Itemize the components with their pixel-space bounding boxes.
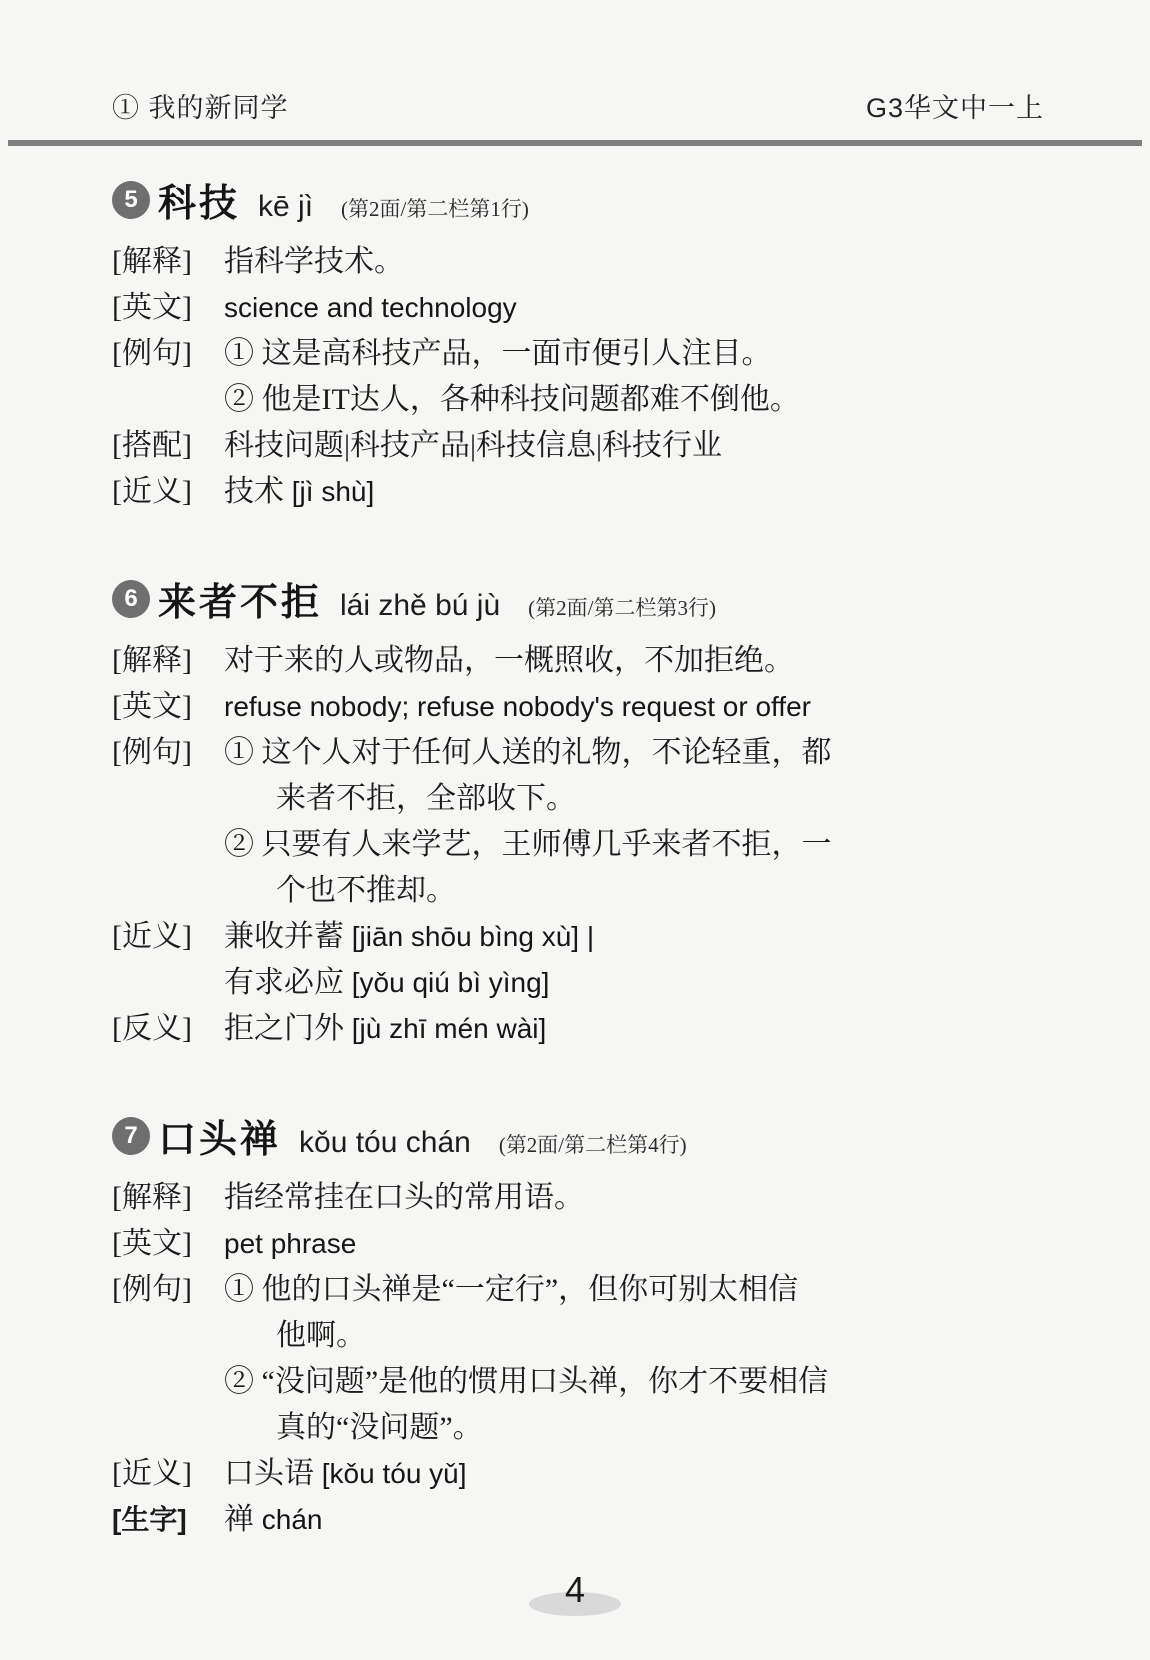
entry-row: [英文]science and technology	[112, 285, 1054, 331]
row-line: 技术 [jì shù]	[224, 469, 1054, 515]
row-line: science and technology	[224, 285, 1054, 331]
chinese-text: 拒之门外	[224, 1012, 344, 1045]
row-content: 科技问题|科技产品|科技信息|科技行业	[224, 423, 1054, 469]
chinese-text: ① 这是高科技产品，一面市便引人注目。	[224, 337, 772, 370]
entry-row: [近义]口头语 [kǒu tóu yǔ]	[112, 1451, 1054, 1497]
row-line: 有求必应 [yǒu qiú bì yìng]	[224, 960, 1054, 1006]
row-label: [近义]	[112, 914, 224, 1006]
entry-row: [例句]① 这个人对于任何人送的礼物，不论轻重，都来者不拒，全部收下。② 只要有…	[112, 730, 1054, 914]
latin-text: refuse nobody; refuse nobody's request o…	[224, 691, 811, 722]
row-content: science and technology	[224, 285, 1054, 331]
latin-text: [kǒu tóu yǔ]	[314, 1458, 467, 1489]
row-content: ① 这个人对于任何人送的礼物，不论轻重，都来者不拒，全部收下。② 只要有人来学艺…	[224, 730, 1054, 914]
row-line: pet phrase	[224, 1221, 1054, 1267]
row-line: refuse nobody; refuse nobody's request o…	[224, 684, 1054, 730]
entry-row: [搭配]科技问题|科技产品|科技信息|科技行业	[112, 423, 1054, 469]
row-label: [例句]	[112, 1267, 224, 1451]
entry-header: 6来者不拒lái zhě bú jù(第2面/第二栏第3行)	[112, 571, 1054, 626]
row-content: 指经常挂在口头的常用语。	[224, 1175, 1054, 1221]
entry-row: [生字]禅 chán	[112, 1497, 1054, 1543]
row-label: [例句]	[112, 331, 224, 423]
page-footer: 4	[0, 1572, 1150, 1616]
textbook-page: ① 我的新同学 G3华文中一上 5科技kē jì(第2面/第二栏第1行)[解释]…	[0, 0, 1150, 1660]
row-content: 禅 chán	[224, 1497, 1054, 1543]
chinese-text: 对于来的人或物品，一概照收，不加拒绝。	[224, 644, 794, 677]
row-line: ② “没问题”是他的惯用口头禅，你才不要相信	[224, 1359, 1054, 1405]
entry-word: 科技	[158, 172, 240, 227]
header-divider	[8, 140, 1142, 146]
row-label: [解释]	[112, 239, 224, 285]
row-content: 指科学技术。	[224, 239, 1054, 285]
row-line: 个也不推却。	[224, 868, 1054, 914]
chinese-text: 科技问题|科技产品|科技信息|科技行业	[224, 429, 722, 462]
row-line: 真的“没问题”。	[224, 1405, 1054, 1451]
latin-text: pet phrase	[224, 1228, 356, 1259]
latin-text: chán	[254, 1504, 323, 1535]
row-label: [英文]	[112, 285, 224, 331]
entry-header: 5科技kē jì(第2面/第二栏第1行)	[112, 172, 1054, 227]
vocab-entry: 5科技kē jì(第2面/第二栏第1行)[解释]指科学技术。[英文]scienc…	[112, 172, 1054, 515]
header-book-title: G3华文中一上	[866, 86, 1044, 125]
chinese-text: 来者不拒，全部收下。	[276, 782, 576, 815]
entry-row: [反义]拒之门外 [jù zhī mén wài]	[112, 1006, 1054, 1052]
row-line: ① 他的口头禅是“一定行”，但你可别太相信	[224, 1267, 1054, 1313]
entry-row: [近义]兼收并蓄 [jiān shōu bìng xù] |有求必应 [yǒu …	[112, 914, 1054, 1006]
vocab-entry: 7口头禅kǒu tóu chán(第2面/第二栏第4行)[解释]指经常挂在口头的…	[112, 1108, 1054, 1543]
row-line: ② 只要有人来学艺，王师傅几乎来者不拒，一	[224, 822, 1054, 868]
entry-row: [解释]对于来的人或物品，一概照收，不加拒绝。	[112, 638, 1054, 684]
page-header: ① 我的新同学 G3华文中一上	[112, 86, 1044, 125]
vocab-entries: 5科技kē jì(第2面/第二栏第1行)[解释]指科学技术。[英文]scienc…	[112, 172, 1054, 1599]
chinese-text: 个也不推却。	[276, 874, 456, 907]
entry-number-badge: 7	[112, 1117, 150, 1155]
row-line: 指经常挂在口头的常用语。	[224, 1175, 1054, 1221]
row-line: ① 这是高科技产品，一面市便引人注目。	[224, 331, 1054, 377]
row-label: [生字]	[112, 1497, 224, 1543]
row-line: ① 这个人对于任何人送的礼物，不论轻重，都	[224, 730, 1054, 776]
row-line: 来者不拒，全部收下。	[224, 776, 1054, 822]
entry-header: 7口头禅kǒu tóu chán(第2面/第二栏第4行)	[112, 1108, 1054, 1163]
vocab-entry: 6来者不拒lái zhě bú jù(第2面/第二栏第3行)[解释]对于来的人或…	[112, 571, 1054, 1052]
latin-text: [jì shù]	[284, 476, 374, 507]
entry-row: [例句]① 这是高科技产品，一面市便引人注目。② 他是IT达人，各种科技问题都难…	[112, 331, 1054, 423]
entry-source-ref: (第2面/第二栏第1行)	[341, 193, 529, 223]
row-label: [近义]	[112, 1451, 224, 1497]
chinese-text: 指经常挂在口头的常用语。	[224, 1181, 584, 1214]
latin-text: [jiān shōu bìng xù] |	[344, 921, 594, 952]
entry-pinyin: lái zhě bú jù	[340, 589, 500, 623]
row-content: 拒之门外 [jù zhī mén wài]	[224, 1006, 1054, 1052]
row-label: [解释]	[112, 638, 224, 684]
entry-row: [解释]指科学技术。	[112, 239, 1054, 285]
entry-row: [解释]指经常挂在口头的常用语。	[112, 1175, 1054, 1221]
latin-text: [jù zhī mén wài]	[344, 1013, 546, 1044]
row-line: 对于来的人或物品，一概照收，不加拒绝。	[224, 638, 1054, 684]
row-content: 兼收并蓄 [jiān shōu bìng xù] |有求必应 [yǒu qiú …	[224, 914, 1054, 1006]
row-line: ② 他是IT达人，各种科技问题都难不倒他。	[224, 377, 1054, 423]
row-line: 拒之门外 [jù zhī mén wài]	[224, 1006, 1054, 1052]
row-line: 口头语 [kǒu tóu yǔ]	[224, 1451, 1054, 1497]
chinese-text: ① 这个人对于任何人送的礼物，不论轻重，都	[224, 736, 832, 769]
latin-text: science and technology	[224, 292, 517, 323]
entry-row: [英文]pet phrase	[112, 1221, 1054, 1267]
chinese-text: 禅	[224, 1503, 254, 1536]
page-number: 4	[0, 1572, 1150, 1608]
row-content: 对于来的人或物品，一概照收，不加拒绝。	[224, 638, 1054, 684]
row-line: 兼收并蓄 [jiān shōu bìng xù] |	[224, 914, 1054, 960]
entry-word: 口头禅	[158, 1108, 281, 1163]
row-content: refuse nobody; refuse nobody's request o…	[224, 684, 1054, 730]
entry-source-ref: (第2面/第二栏第3行)	[528, 592, 716, 622]
chinese-text: 真的“没问题”。	[276, 1411, 483, 1444]
entry-row: [例句]① 他的口头禅是“一定行”，但你可别太相信他啊。② “没问题”是他的惯用…	[112, 1267, 1054, 1451]
entry-number-badge: 6	[112, 580, 150, 618]
chinese-text: 指科学技术。	[224, 245, 404, 278]
row-label: [英文]	[112, 1221, 224, 1267]
row-label: [反义]	[112, 1006, 224, 1052]
entry-word: 来者不拒	[158, 571, 322, 626]
entry-pinyin: kǒu tóu chán	[299, 1126, 471, 1160]
chinese-text: ② “没问题”是他的惯用口头禅，你才不要相信	[224, 1365, 828, 1398]
entry-pinyin: kē jì	[258, 190, 313, 224]
row-line: 他啊。	[224, 1313, 1054, 1359]
row-content: 技术 [jì shù]	[224, 469, 1054, 515]
chinese-text: ② 只要有人来学艺，王师傅几乎来者不拒，一	[224, 828, 832, 861]
row-label: [解释]	[112, 1175, 224, 1221]
entry-number-badge: 5	[112, 181, 150, 219]
chinese-text: 技术	[224, 475, 284, 508]
row-line: 科技问题|科技产品|科技信息|科技行业	[224, 423, 1054, 469]
chinese-text: 口头语	[224, 1457, 314, 1490]
row-content: ① 这是高科技产品，一面市便引人注目。② 他是IT达人，各种科技问题都难不倒他。	[224, 331, 1054, 423]
header-lesson-title: ① 我的新同学	[112, 86, 289, 125]
row-line: 禅 chán	[224, 1497, 1054, 1543]
row-content: ① 他的口头禅是“一定行”，但你可别太相信他啊。② “没问题”是他的惯用口头禅，…	[224, 1267, 1054, 1451]
row-label: [近义]	[112, 469, 224, 515]
entry-row: [英文]refuse nobody; refuse nobody's reque…	[112, 684, 1054, 730]
chinese-text: 他啊。	[276, 1319, 366, 1352]
row-content: pet phrase	[224, 1221, 1054, 1267]
row-label: [例句]	[112, 730, 224, 914]
row-content: 口头语 [kǒu tóu yǔ]	[224, 1451, 1054, 1497]
row-label: [搭配]	[112, 423, 224, 469]
entry-source-ref: (第2面/第二栏第4行)	[499, 1129, 687, 1159]
chinese-text: ② 他是IT达人，各种科技问题都难不倒他。	[224, 383, 800, 416]
chinese-text: 兼收并蓄	[224, 920, 344, 953]
row-label: [英文]	[112, 684, 224, 730]
chinese-text: 有求必应	[224, 966, 344, 999]
entry-row: [近义]技术 [jì shù]	[112, 469, 1054, 515]
latin-text: [yǒu qiú bì yìng]	[344, 967, 549, 998]
chinese-text: ① 他的口头禅是“一定行”，但你可别太相信	[224, 1273, 798, 1306]
row-line: 指科学技术。	[224, 239, 1054, 285]
